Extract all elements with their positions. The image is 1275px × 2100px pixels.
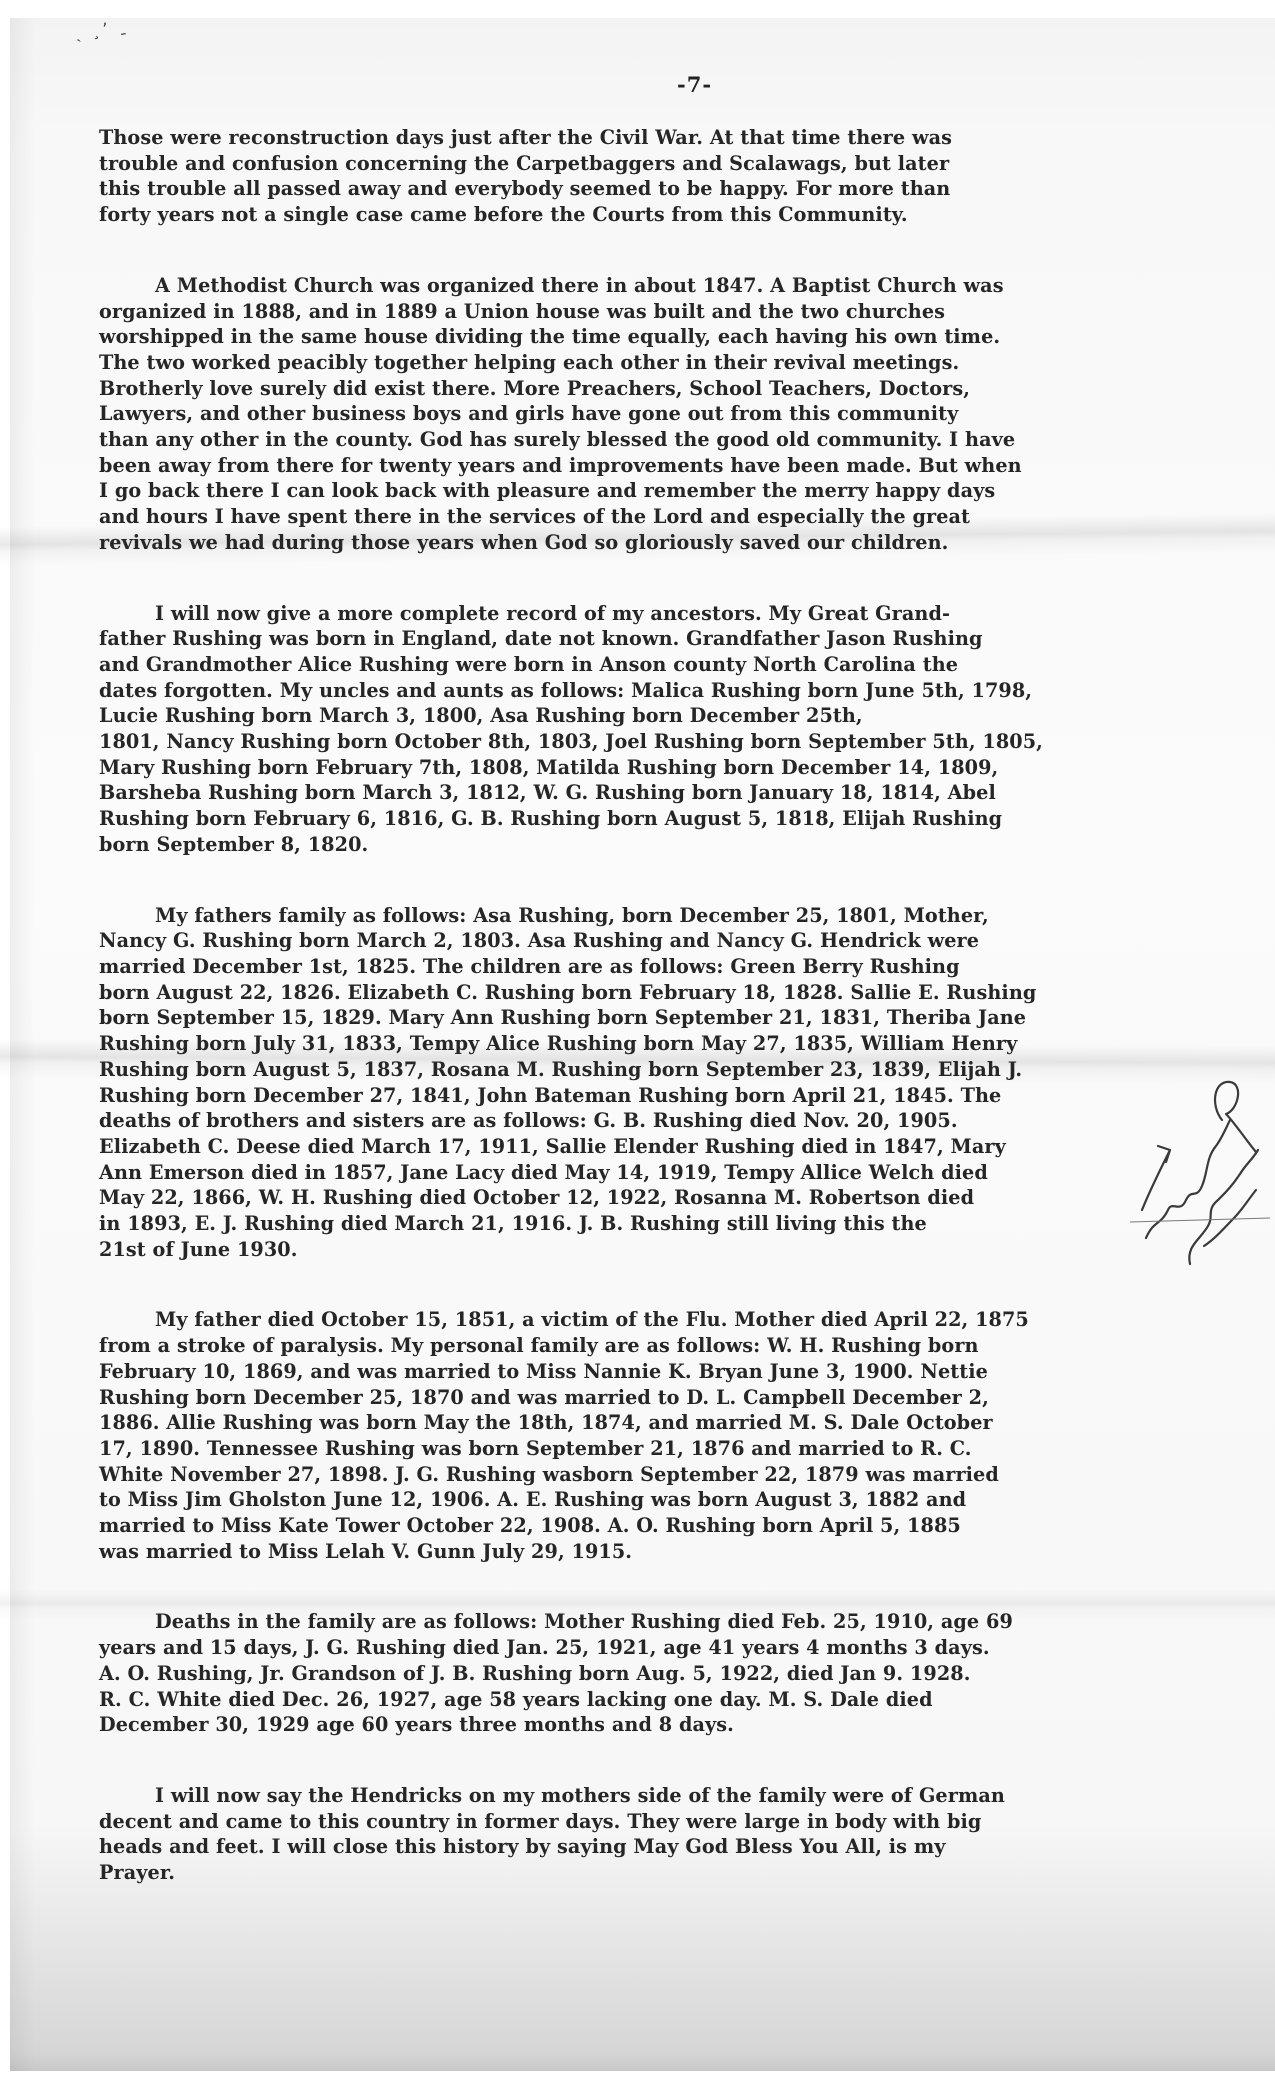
text-line: forty years not a single case came befor… (99, 202, 1249, 228)
text-line: The two worked peacibly together helping… (99, 350, 1249, 376)
text-line: Rushing born December 27, 1841, John Bat… (99, 1083, 1249, 1109)
text-line: Rushing born August 5, 1837, Rosana M. R… (99, 1057, 1249, 1083)
paragraph: I will now say the Hendricks on my mothe… (99, 1783, 1249, 1886)
paragraph: My fathers family as follows: Asa Rushin… (99, 903, 1249, 1263)
text-line: 21st of June 1930. (99, 1237, 1249, 1263)
text-line: May 22, 1866, W. H. Rushing died October… (99, 1185, 1249, 1211)
paragraph: My father died October 15, 1851, a victi… (99, 1307, 1249, 1564)
page-number: -7- (677, 72, 712, 97)
text-line: from a stroke of paralysis. My personal … (99, 1333, 1249, 1359)
text-line: organized in 1888, and in 1889 a Union h… (99, 299, 1249, 325)
text-line: revivals we had during those years when … (99, 530, 1249, 556)
text-line: I will now give a more complete record o… (99, 601, 1249, 627)
text-line: deaths of brothers and sisters are as fo… (99, 1108, 1249, 1134)
text-line: worshipped in the same house dividing th… (99, 324, 1249, 350)
text-line: this trouble all passed away and everybo… (99, 176, 1249, 202)
text-line: born August 22, 1826. Elizabeth C. Rushi… (99, 980, 1249, 1006)
text-line: Nancy G. Rushing born March 2, 1803. Asa… (99, 928, 1249, 954)
text-line: trouble and confusion concerning the Car… (99, 151, 1249, 177)
text-line: A Methodist Church was organized there i… (99, 273, 1249, 299)
text-line: than any other in the county. God has su… (99, 427, 1249, 453)
paragraph: Those were reconstruction days just afte… (99, 125, 1249, 228)
text-line: heads and feet. I will close this histor… (99, 1834, 1249, 1860)
text-line: Mary Rushing born February 7th, 1808, Ma… (99, 755, 1249, 781)
text-line: years and 15 days, J. G. Rushing died Ja… (99, 1635, 1249, 1661)
text-line: 17, 1890. Tennessee Rushing was born Sep… (99, 1436, 1249, 1462)
text-line: born September 8, 1820. (99, 832, 1249, 858)
text-line: Rushing born December 25, 1870 and was m… (99, 1385, 1249, 1411)
text-line: dates forgotten. My uncles and aunts as … (99, 678, 1249, 704)
document-body: Those were reconstruction days just afte… (99, 125, 1249, 1931)
text-line: Prayer. (99, 1860, 1249, 1886)
text-line: to Miss Jim Gholston June 12, 1906. A. E… (99, 1487, 1249, 1513)
text-line: Barsheba Rushing born March 3, 1812, W. … (99, 780, 1249, 806)
paragraph: Deaths in the family are as follows: Mot… (99, 1609, 1249, 1738)
text-line: been away from there for twenty years an… (99, 453, 1249, 479)
text-line: Deaths in the family are as follows: Mot… (99, 1609, 1249, 1635)
text-line: and Grandmother Alice Rushing were born … (99, 652, 1249, 678)
text-line: Rushing born February 6, 1816, G. B. Rus… (99, 806, 1249, 832)
paragraph: I will now give a more complete record o… (99, 601, 1249, 858)
text-line: born September 15, 1829. Mary Ann Rushin… (99, 1005, 1249, 1031)
text-line: Rushing born July 31, 1833, Tempy Alice … (99, 1031, 1249, 1057)
text-line: Those were reconstruction days just afte… (99, 125, 1249, 151)
text-line: White November 27, 1898. J. G. Rushing w… (99, 1462, 1249, 1488)
text-line: Brotherly love surely did exist there. M… (99, 376, 1249, 402)
text-line: A. O. Rushing, Jr. Grandson of J. B. Rus… (99, 1661, 1249, 1687)
text-line: Lucie Rushing born March 3, 1800, Asa Ru… (99, 703, 1249, 729)
text-line: My fathers family as follows: Asa Rushin… (99, 903, 1249, 929)
paragraph: A Methodist Church was organized there i… (99, 273, 1249, 556)
text-line: Lawyers, and other business boys and gir… (99, 401, 1249, 427)
text-line: December 30, 1929 age 60 years three mon… (99, 1712, 1249, 1738)
text-line: I go back there I can look back with ple… (99, 478, 1249, 504)
text-line: 1801, Nancy Rushing born October 8th, 18… (99, 729, 1249, 755)
text-line: I will now say the Hendricks on my mothe… (99, 1783, 1249, 1809)
text-line: Elizabeth C. Deese died March 17, 1911, … (99, 1134, 1249, 1160)
text-line: married December 1st, 1825. The children… (99, 954, 1249, 980)
text-line: 1886. Allie Rushing was born May the 18t… (99, 1410, 1249, 1436)
text-line: and hours I have spent there in the serv… (99, 504, 1249, 530)
text-line: in 1893, E. J. Rushing died March 21, 19… (99, 1211, 1249, 1237)
text-line: My father died October 15, 1851, a victi… (99, 1307, 1249, 1333)
text-line: February 10, 1869, and was married to Mi… (99, 1359, 1249, 1385)
text-line: R. C. White died Dec. 26, 1927, age 58 y… (99, 1687, 1249, 1713)
text-line: Ann Emerson died in 1857, Jane Lacy died… (99, 1160, 1249, 1186)
text-line: was married to Miss Lelah V. Gunn July 2… (99, 1539, 1249, 1565)
text-line: married to Miss Kate Tower October 22, 1… (99, 1513, 1249, 1539)
text-line: father Rushing was born in England, date… (99, 626, 1249, 652)
text-line: decent and came to this country in forme… (99, 1809, 1249, 1835)
handwritten-annotation-icon (1130, 1050, 1270, 1280)
